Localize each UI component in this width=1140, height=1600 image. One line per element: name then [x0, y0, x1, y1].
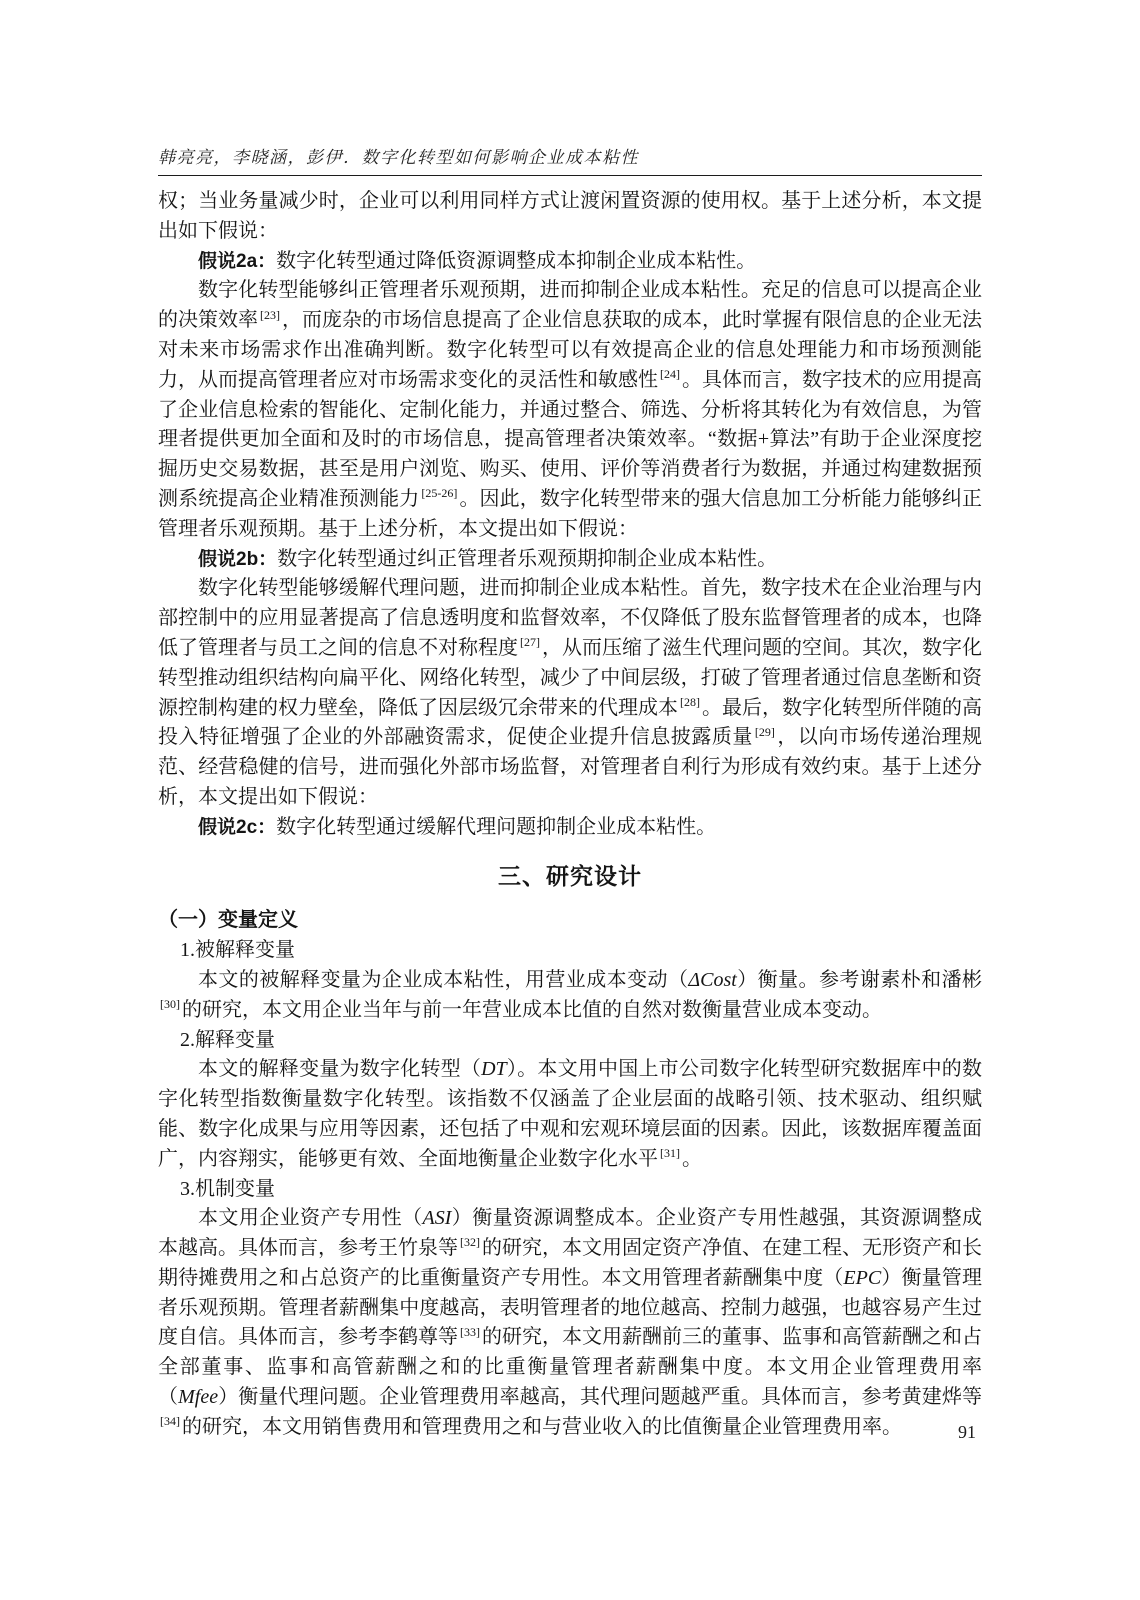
- body-text: 权；当业务量减少时，企业可以利用同样方式让渡闲置资源的使用权。基于上述分析，本文…: [158, 187, 982, 1443]
- hypothesis-2b-text: 数字化转型通过纠正管理者乐观预期抑制企业成本粘性。: [277, 548, 777, 570]
- variable-asi: ASI: [423, 1207, 452, 1229]
- paragraph-continuation-text: 权；当业务量减少时，企业可以利用同样方式让渡闲置资源的使用权。基于上述分析，本文…: [158, 190, 982, 242]
- paragraph-explanatory-variable: 本文的解释变量为数字化转型（DT）。本文用中国上市公司数字化转型研究数据库中的数…: [158, 1055, 982, 1174]
- text-segment: 。: [682, 1148, 702, 1170]
- text-segment: ）衡量代理问题。企业管理费用率越高，其代理问题越严重。具体而言，参考黄建烨等: [218, 1386, 982, 1408]
- hypothesis-2a-text: 数字化转型通过降低资源调整成本抑制企业成本粘性。: [276, 250, 756, 272]
- item-mechanism-variable: 3.机制变量: [158, 1175, 982, 1205]
- hypothesis-2c-label: 假说2c：: [198, 817, 276, 838]
- hypothesis-2b-label: 假说2b：: [198, 549, 277, 570]
- text-segment: 的研究，本文用企业当年与前一年营业成本比值的自然对数衡量营业成本变动。: [182, 999, 882, 1021]
- hypothesis-2c-text: 数字化转型通过缓解代理问题抑制企业成本粘性。: [276, 816, 716, 838]
- text-segment: 本文的被解释变量为企业成本粘性，用营业成本变动（: [198, 969, 688, 991]
- paragraph-expectation-mechanism: 数字化转型能够纠正管理者乐观预期，进而抑制企业成本粘性。充足的信息可以提高企业的…: [158, 276, 982, 544]
- text-segment: ）衡量。参考谢素朴和潘彬: [737, 969, 982, 991]
- paragraph-mechanism-variable: 本文用企业资产专用性（ASI）衡量资源调整成本。企业资产专用性越强，其资源调整成…: [158, 1204, 982, 1442]
- citation-ref-33: [33]: [460, 1325, 480, 1339]
- variable-dt: DT: [481, 1058, 507, 1080]
- citation-ref-23: [23]: [260, 308, 280, 322]
- variable-mfee: Mfee: [178, 1386, 218, 1408]
- hypothesis-2a-label: 假说2a：: [198, 251, 276, 272]
- text-segment: 本文用企业资产专用性（: [198, 1207, 423, 1229]
- header-rule: [158, 175, 982, 176]
- citation-ref-29: [29]: [755, 725, 775, 739]
- subsection-variable-definition: （一）变量定义: [158, 906, 982, 936]
- hypothesis-2b: 假说2b：数字化转型通过纠正管理者乐观预期抑制企业成本粘性。: [158, 545, 982, 575]
- citation-ref-24: [24]: [660, 367, 680, 381]
- paragraph-continuation: 权；当业务量减少时，企业可以利用同样方式让渡闲置资源的使用权。基于上述分析，本文…: [158, 187, 982, 247]
- hypothesis-2a: 假说2a：数字化转型通过降低资源调整成本抑制企业成本粘性。: [158, 247, 982, 277]
- text-segment: 的研究，本文用销售费用和管理费用之和与营业收入的比值衡量企业管理费用率。: [182, 1416, 902, 1438]
- paragraph-dependent-variable: 本文的被解释变量为企业成本粘性，用营业成本变动（ΔCost）衡量。参考谢素朴和潘…: [158, 966, 982, 1026]
- text-segment: 本文的解释变量为数字化转型（: [198, 1058, 481, 1080]
- citation-ref-28: [28]: [680, 695, 700, 709]
- item-explanatory-variable: 2.解释变量: [158, 1026, 982, 1056]
- citation-ref-31: [31]: [660, 1146, 680, 1160]
- citation-ref-25-26: [25-26]: [421, 486, 457, 500]
- citation-ref-34: [34]: [160, 1414, 180, 1428]
- section-heading-research-design: 三、研究设计: [158, 862, 982, 892]
- item-dependent-variable: 1.被解释变量: [158, 936, 982, 966]
- running-title: 韩亮亮，李晓涵，彭伊．数字化转型如何影响企业成本粘性: [158, 143, 982, 168]
- citation-ref-30: [30]: [160, 997, 180, 1011]
- paragraph-agency-mechanism: 数字化转型能够缓解代理问题，进而抑制企业成本粘性。首先，数字技术在企业治理与内部…: [158, 574, 982, 812]
- page-number: 91: [958, 1422, 976, 1443]
- citation-ref-27: [27]: [520, 635, 540, 649]
- citation-ref-32: [32]: [460, 1235, 480, 1249]
- variable-delta-cost: ΔCost: [688, 969, 736, 991]
- paper-page: 韩亮亮，李晓涵，彭伊．数字化转型如何影响企业成本粘性 权；当业务量减少时，企业可…: [0, 0, 1140, 1600]
- variable-epc: EPC: [843, 1267, 881, 1289]
- hypothesis-2c: 假说2c：数字化转型通过缓解代理问题抑制企业成本粘性。: [158, 813, 982, 843]
- page-content: 韩亮亮，李晓涵，彭伊．数字化转型如何影响企业成本粘性 权；当业务量减少时，企业可…: [158, 0, 982, 1443]
